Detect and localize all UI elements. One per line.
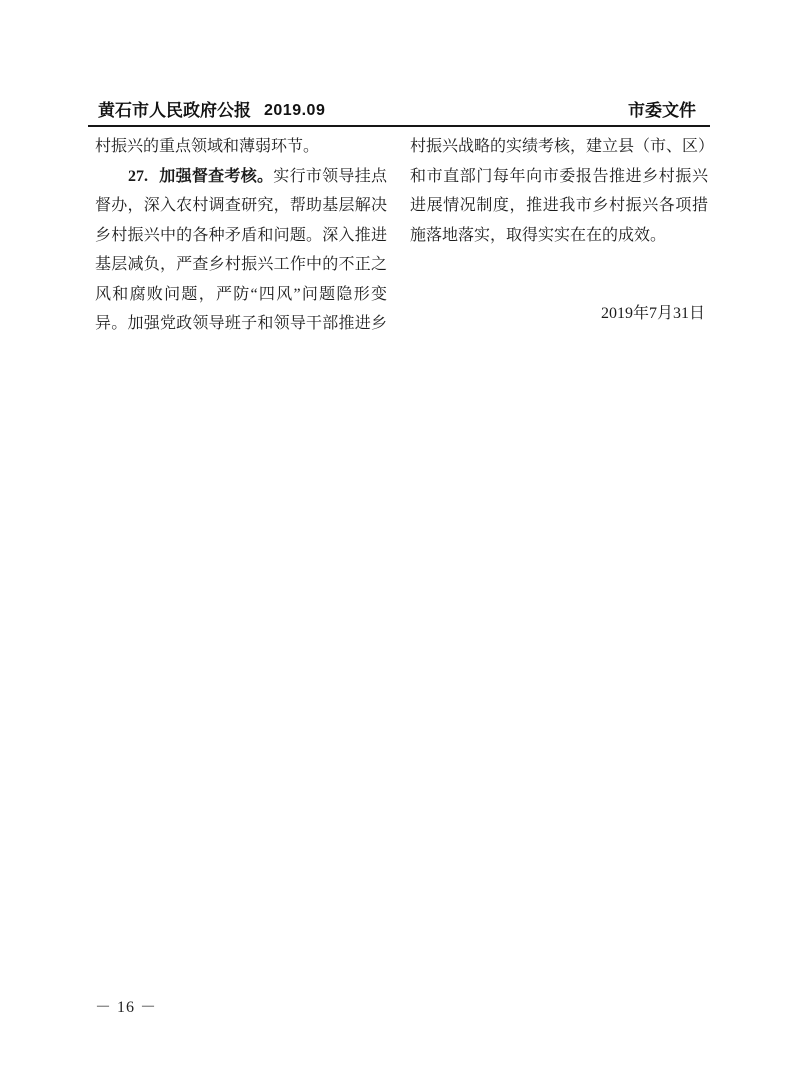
body-line: 和市直部门每年向市委报告推进乡村振兴 xyxy=(410,162,708,192)
body-line: 施落地落实，取得实实在在的成效。 xyxy=(410,221,708,251)
body-text: 实行市领导挂点 xyxy=(273,168,387,185)
body-line: 督办，深入农村调查研究，帮助基层解决 xyxy=(95,191,387,221)
right-column: 村振兴战略的实绩考核，建立县（市、区） 和市直部门每年向市委报告推进乡村振兴 进… xyxy=(410,132,708,329)
publication-title: 黄石市人民政府公报 xyxy=(98,101,251,120)
section-label: 市委文件 xyxy=(628,101,696,120)
body-line: 基层减负，严查乡村振兴工作中的不正之 xyxy=(95,250,387,280)
document-date: 2019年7月31日 xyxy=(410,299,708,329)
document-page: 黄石市人民政府公报 2019.09 市委文件 村振兴的重点领域和薄弱环节。 27… xyxy=(0,0,800,1085)
left-column: 村振兴的重点领域和薄弱环节。 27.加强督查考核。实行市领导挂点 督办，深入农村… xyxy=(95,132,387,339)
body-line: 村振兴的重点领域和薄弱环节。 xyxy=(95,132,387,162)
body-line: 风和腐败问题，严防“四风”问题隐形变 xyxy=(95,280,387,310)
header-left: 黄石市人民政府公报 2019.09 xyxy=(98,101,325,120)
page-header: 黄石市人民政府公报 2019.09 市委文件 xyxy=(88,101,710,127)
body-line-item: 27.加强督查考核。实行市领导挂点 xyxy=(95,162,387,192)
item-title: 加强督查考核。 xyxy=(159,168,273,185)
body-line: 乡村振兴中的各种矛盾和问题。深入推进 xyxy=(95,221,387,251)
item-number: 27. xyxy=(128,168,148,185)
body-line: 进展情况制度，推进我市乡村振兴各项措 xyxy=(410,191,708,221)
issue-number: 2019.09 xyxy=(264,101,325,120)
body-line: 村振兴战略的实绩考核，建立县（市、区） xyxy=(410,132,708,162)
page-number: － 16 － xyxy=(95,994,157,1017)
body-line: 异。加强党政领导班子和领导干部推进乡 xyxy=(95,309,387,339)
